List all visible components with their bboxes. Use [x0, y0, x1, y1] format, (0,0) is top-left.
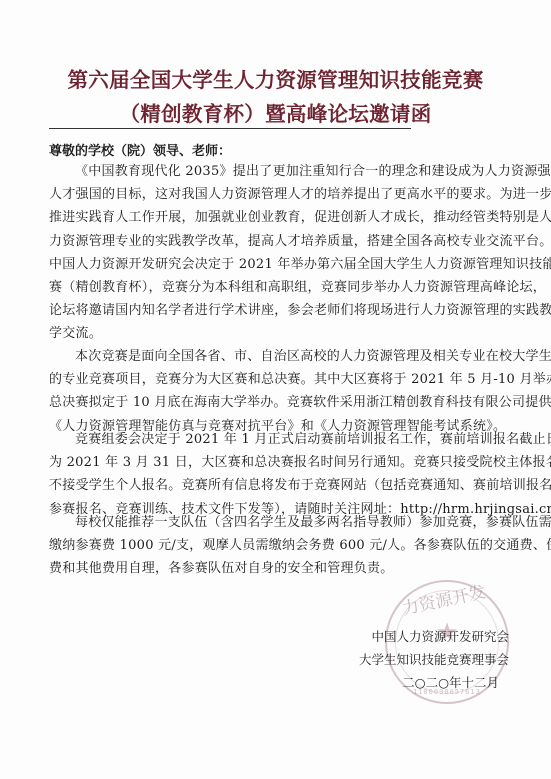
paragraph-1: 《中国教育现代化 2035》提出了更加注重知行合一的理念和建设成为人力资源强国和… [49, 160, 494, 346]
signature-org-2: 大学生知识技能竞赛理事会 [359, 648, 509, 671]
paragraph-4: 每校仅能推荐一支队伍（含四名学生及最多两名指导教师）参加竞赛，参赛队伍需 缴纳参… [49, 511, 494, 581]
paragraph-line: 费和其他费用自理，各参赛队伍对自身的安全和管理负责。 [49, 557, 494, 580]
paragraph-line: 学交流。 [49, 322, 494, 345]
document-title-line-1: 第六届全国大学生人力资源管理知识技能竞赛 [0, 63, 551, 93]
paragraph-line: 不接受学生个人报名。竞赛所有信息将发布于竞赛网站（包括竞赛通知、赛前培训报名、 [49, 474, 494, 497]
signature-block: 中国人力资源开发研究会 大学生知识技能竞赛理事会 二○二○年十二月 [359, 625, 509, 694]
signature-date: 二○二○年十二月 [359, 671, 509, 694]
paragraph-line: 论坛将邀请国内知名学者进行学术讲座，参会老师们将现场进行人力资源管理的实践教 [49, 299, 494, 322]
seal-text: 力资源开发 [399, 577, 487, 619]
paragraph-line: 赛（精创教育杯），竞赛分为本科组和高职组，竞赛同步举办人力资源管理高峰论坛， [49, 276, 494, 299]
paragraph-line: 《中国教育现代化 2035》提出了更加注重知行合一的理念和建设成为人力资源强国和 [49, 160, 494, 183]
paragraph-line: 本次竞赛是面向全国各省、市、自治区高校的人力资源管理及相关专业在校大学生 [49, 345, 494, 368]
paragraph-line: 每校仅能推荐一支队伍（含四名学生及最多两名指导教师）参加竞赛，参赛队伍需 [49, 511, 494, 534]
paragraph-line: 的专业竞赛项目，竞赛分为大区赛和总决赛。其中大区赛将于 2021 年 5 月-1… [49, 368, 494, 391]
document-title-line-2: （精创教育杯）暨高峰论坛邀请函 [0, 97, 551, 127]
signature-org-1: 中国人力资源开发研究会 [359, 625, 509, 648]
paragraph-line: 推进实践育人工作开展，加强就业创业教育，促进创新人才成长，推动经管类特别是人 [49, 206, 494, 229]
paragraph-line: 力资源管理专业的实践教学改革，提高人才培养质量，搭建全国各高校专业交流平台。 [49, 230, 494, 253]
paragraph-2: 本次竞赛是面向全国各省、市、自治区高校的人力资源管理及相关专业在校大学生 的专业… [49, 345, 494, 438]
paragraph-line: 缴纳参赛费 1000 元/支，观摩人员需缴纳会务费 600 元/人。各参赛队伍的… [49, 534, 494, 557]
paragraph-3: 竞赛组委会决定于 2021 年 1 月正式启动赛前培训报名工作，赛前培训报名截止… [49, 428, 494, 521]
paragraph-line: 竞赛组委会决定于 2021 年 1 月正式启动赛前培训报名工作，赛前培训报名截止… [49, 428, 494, 451]
salutation: 尊敬的学校（院）领导、老师： [49, 140, 231, 159]
title-divider [49, 128, 411, 129]
paragraph-line: 人才强国的目标，这对我国人力资源管理人才的培养提出了更高水平的要求。为进一步 [49, 183, 494, 206]
paragraph-line: 为 2021 年 3 月 31 日，大区赛和总决赛报名时间另行通知。竞赛只接受院… [49, 451, 494, 474]
paragraph-line: 总决赛拟定于 10 月底在海南大学举办。竞赛软件采用浙江精创教育科技有限公司提供… [49, 391, 494, 414]
paragraph-line: 中国人力资源开发研究会决定于 2021 年举办第六届全国大学生人力资源管理知识技… [49, 253, 494, 276]
